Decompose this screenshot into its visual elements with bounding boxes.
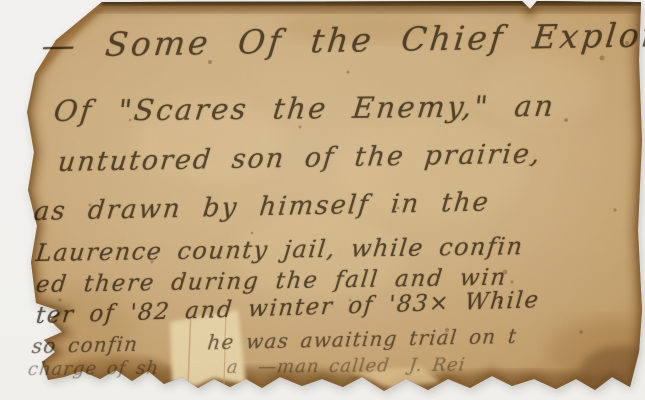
- manuscript-line-2: Of "Scares the Enemy," an: [52, 89, 557, 128]
- scanned-document: — Some Of the Chief Exploits Of "Scares …: [0, 0, 645, 400]
